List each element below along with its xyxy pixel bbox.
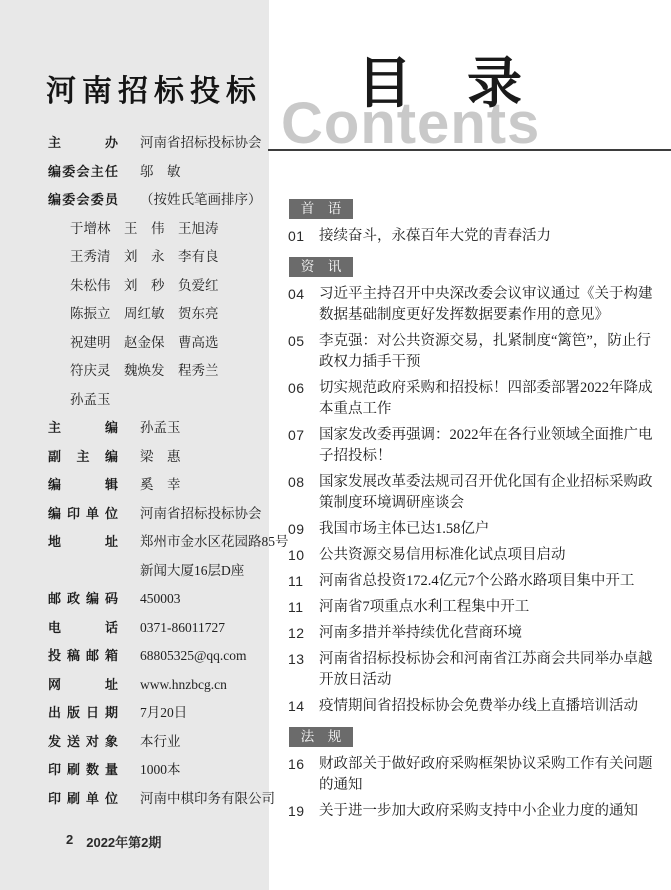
masthead-value: 68805325@qq.com — [140, 642, 247, 671]
toc-entry: 10 公共资源交易信用标准化试点项目启动 — [288, 545, 662, 566]
masthead-label: 编印单位 — [48, 500, 118, 529]
address-line-2: 新闻大厦16层D座 — [140, 557, 289, 586]
masthead-label: 编委会主任 — [48, 158, 118, 187]
committee-members-row: 符庆灵 魏焕发 程秀兰 — [70, 357, 263, 386]
toc-entry-page: 09 — [288, 519, 319, 540]
toc-entry: 01 接续奋斗，永葆百年大党的青春活力 — [288, 226, 662, 247]
committee-members-row: 孙孟玉 — [70, 386, 263, 415]
toc-entry: 06 切实规范政府采购和招投标！四部委部署2022年降成本重点工作 — [288, 378, 662, 420]
toc-entry: 07 国家发改委再强调：2022年在各行业领域全面推广电子招投标！ — [288, 425, 662, 467]
masthead-row-chief-editor: 主编 孙孟玉 — [48, 414, 263, 443]
toc-entry-page: 04 — [288, 284, 319, 326]
committee-members-list: 于增林 王 伟 王旭涛 王秀清 刘 永 李有良 朱松伟 刘 秒 负爱红 陈振立 … — [48, 215, 263, 415]
toc-entry-page: 13 — [288, 649, 319, 691]
toc-entry: 11 河南省7项重点水利工程集中开工 — [288, 597, 662, 618]
masthead-label: 副主编 — [48, 443, 118, 472]
masthead-label: 邮政编码 — [48, 585, 118, 614]
masthead-label: 网址 — [48, 671, 118, 700]
toc-entry-title: 李克强：对公共资源交易，扎紧制度“篱笆”，防止行政权力插手干预 — [319, 331, 662, 373]
toc-entry-title: 关于进一步加大政府采购支持中小企业力度的通知 — [319, 801, 662, 822]
masthead-value: 孙孟玉 — [140, 414, 181, 443]
toc-entry: 19 关于进一步加大政府采购支持中小企业力度的通知 — [288, 801, 662, 822]
toc-entry-page: 11 — [288, 597, 319, 618]
toc-entry-page: 16 — [288, 754, 319, 796]
toc-entry-title: 接续奋斗，永葆百年大党的青春活力 — [319, 226, 662, 247]
masthead-row-website: 网址 www.hnzbcg.cn — [48, 671, 263, 700]
page-footer: 2 2022年第2期 — [66, 832, 161, 851]
toc-entry-page: 10 — [288, 545, 319, 566]
masthead-row-address: 地址 郑州市金水区花园路85号 新闻大厦16层D座 — [48, 528, 263, 585]
toc-entry-title: 疫情期间省招投标协会免费举办线上直播培训活动 — [319, 696, 662, 717]
masthead-label: 出版日期 — [48, 699, 118, 728]
section-badge-news: 资 讯 — [289, 257, 353, 277]
masthead-value: 梁 惠 — [140, 443, 181, 472]
toc-entry-page: 01 — [288, 226, 319, 247]
masthead-row-deputy-editor: 副主编 梁 惠 — [48, 443, 263, 472]
toc-entry-page: 11 — [288, 571, 319, 592]
masthead-row-editor: 编辑 奚 幸 — [48, 471, 263, 500]
masthead-value: 河南省招标投标协会 — [140, 129, 262, 158]
masthead-row-committee-chair: 编委会主任 邬 敏 — [48, 158, 263, 187]
masthead-row-print-quantity: 印刷数量 1000本 — [48, 756, 263, 785]
masthead-row-publisher: 编印单位 河南省招标投标协会 — [48, 500, 263, 529]
masthead-label: 编辑 — [48, 471, 118, 500]
masthead-row-publish-date: 出版日期 7月20日 — [48, 699, 263, 728]
committee-members-row: 王秀清 刘 永 李有良 — [70, 243, 263, 272]
masthead-value: 邬 敏 — [140, 158, 181, 187]
magazine-title: 河南招标投标 — [46, 66, 262, 110]
toc-entry-title: 河南多措并举持续优化营商环境 — [319, 623, 662, 644]
toc-entry: 16 财政部关于做好政府采购框架协议采购工作有关问题的通知 — [288, 754, 662, 796]
toc-entry: 12 河南多措并举持续优化营商环境 — [288, 623, 662, 644]
masthead-value: （按姓氏笔画排序） — [140, 186, 262, 215]
toc-entry-page: 08 — [288, 472, 319, 514]
masthead-value: 郑州市金水区花园路85号 新闻大厦16层D座 — [140, 528, 289, 585]
committee-members-row: 于增林 王 伟 王旭涛 — [70, 215, 263, 244]
toc-section-news: 资 讯 04 习近平主持召开中央深改委会议审议通过《关于构建数据基础制度更好发挥… — [288, 257, 662, 717]
toc-entry-title: 习近平主持召开中央深改委会议审议通过《关于构建数据基础制度更好发挥数据要素作用的… — [319, 284, 662, 326]
masthead-panel: 河南招标投标 主办 河南省招标投标协会 编委会主任 邬 敏 编委会委员 （按姓氏… — [0, 0, 269, 890]
toc-entry: 13 河南省招标投标协会和河南省江苏商会共同举办卓越开放日活动 — [288, 649, 662, 691]
masthead-value: www.hnzbcg.cn — [140, 671, 227, 700]
toc-section-foreword: 首 语 01 接续奋斗，永葆百年大党的青春活力 — [288, 199, 662, 247]
toc-entry-title: 切实规范政府采购和招投标！四部委部署2022年降成本重点工作 — [319, 378, 662, 420]
toc-entry-title: 河南省招标投标协会和河南省江苏商会共同举办卓越开放日活动 — [319, 649, 662, 691]
address-line-1: 郑州市金水区花园路85号 — [140, 528, 289, 557]
masthead-row-phone: 电话 0371-86011727 — [48, 614, 263, 643]
toc-entry-title: 国家发改委再强调：2022年在各行业领域全面推广电子招投标！ — [319, 425, 662, 467]
masthead-value: 河南省招标投标协会 — [140, 500, 262, 529]
masthead-value: 450003 — [140, 585, 181, 614]
section-badge-regulations: 法 规 — [289, 727, 353, 747]
contents-title-cn: 目 录 — [357, 56, 522, 111]
toc-entry: 09 我国市场主体已达1.58亿户 — [288, 519, 662, 540]
toc-entry-page: 14 — [288, 696, 319, 717]
masthead-row-email: 投稿邮箱 68805325@qq.com — [48, 642, 263, 671]
toc-entry-title: 财政部关于做好政府采购框架协议采购工作有关问题的通知 — [319, 754, 662, 796]
toc-entry-page: 06 — [288, 378, 319, 420]
masthead-row-postcode: 邮政编码 450003 — [48, 585, 263, 614]
toc-entry-title: 河南省总投资172.4亿元7个公路水路项目集中开工 — [319, 571, 662, 592]
toc-entry-page: 07 — [288, 425, 319, 467]
masthead-label: 印刷单位 — [48, 785, 118, 814]
masthead-label: 发送对象 — [48, 728, 118, 757]
masthead-value: 0371-86011727 — [140, 614, 225, 643]
committee-members-row: 朱松伟 刘 秒 负爱红 — [70, 272, 263, 301]
toc-entry-title: 我国市场主体已达1.58亿户 — [319, 519, 662, 540]
masthead-label: 地址 — [48, 528, 118, 557]
masthead-value: 1000本 — [140, 756, 181, 785]
committee-members-row: 祝建明 赵金保 曹高选 — [70, 329, 263, 358]
committee-members-row: 陈振立 周红敏 贺东亮 — [70, 300, 263, 329]
masthead-row-distribution: 发送对象 本行业 — [48, 728, 263, 757]
toc-entry-title: 公共资源交易信用标准化试点项目启动 — [319, 545, 662, 566]
toc-entry: 11 河南省总投资172.4亿元7个公路水路项目集中开工 — [288, 571, 662, 592]
masthead-value: 本行业 — [140, 728, 181, 757]
toc-section-regulations: 法 规 16 财政部关于做好政府采购框架协议采购工作有关问题的通知 19 关于进… — [288, 727, 662, 822]
toc-entry-title: 河南省7项重点水利工程集中开工 — [319, 597, 662, 618]
masthead-row-printer: 印刷单位 河南中棋印务有限公司 — [48, 785, 263, 814]
contents-divider-rule — [268, 149, 671, 151]
toc-entry: 04 习近平主持召开中央深改委会议审议通过《关于构建数据基础制度更好发挥数据要素… — [288, 284, 662, 326]
masthead-info-list: 主办 河南省招标投标协会 编委会主任 邬 敏 编委会委员 （按姓氏笔画排序） 于… — [48, 129, 263, 813]
toc-entry: 08 国家发展改革委法规司召开优化国有企业招标采购政策制度环境调研座谈会 — [288, 472, 662, 514]
masthead-row-sponsor: 主办 河南省招标投标协会 — [48, 129, 263, 158]
masthead-label: 投稿邮箱 — [48, 642, 118, 671]
toc-entry-page: 05 — [288, 331, 319, 373]
masthead-label: 印刷数量 — [48, 756, 118, 785]
toc-list: 首 语 01 接续奋斗，永葆百年大党的青春活力 资 讯 04 习近平主持召开中央… — [288, 199, 662, 827]
issue-label: 2022年第2期 — [86, 832, 161, 851]
masthead-value: 河南中棋印务有限公司 — [140, 785, 275, 814]
toc-entry: 14 疫情期间省招投标协会免费举办线上直播培训活动 — [288, 696, 662, 717]
masthead-value: 7月20日 — [140, 699, 187, 728]
toc-entry: 05 李克强：对公共资源交易，扎紧制度“篱笆”，防止行政权力插手干预 — [288, 331, 662, 373]
section-badge-foreword: 首 语 — [289, 199, 353, 219]
toc-entry-page: 12 — [288, 623, 319, 644]
masthead-label: 主办 — [48, 129, 118, 158]
masthead-label: 主编 — [48, 414, 118, 443]
page-number: 2 — [66, 832, 73, 851]
masthead-label: 电话 — [48, 614, 118, 643]
masthead-row-committee-members: 编委会委员 （按姓氏笔画排序） — [48, 186, 263, 215]
masthead-value: 奚 幸 — [140, 471, 181, 500]
toc-entry-title: 国家发展改革委法规司召开优化国有企业招标采购政策制度环境调研座谈会 — [319, 472, 662, 514]
toc-entry-page: 19 — [288, 801, 319, 822]
masthead-label: 编委会委员 — [48, 186, 118, 215]
